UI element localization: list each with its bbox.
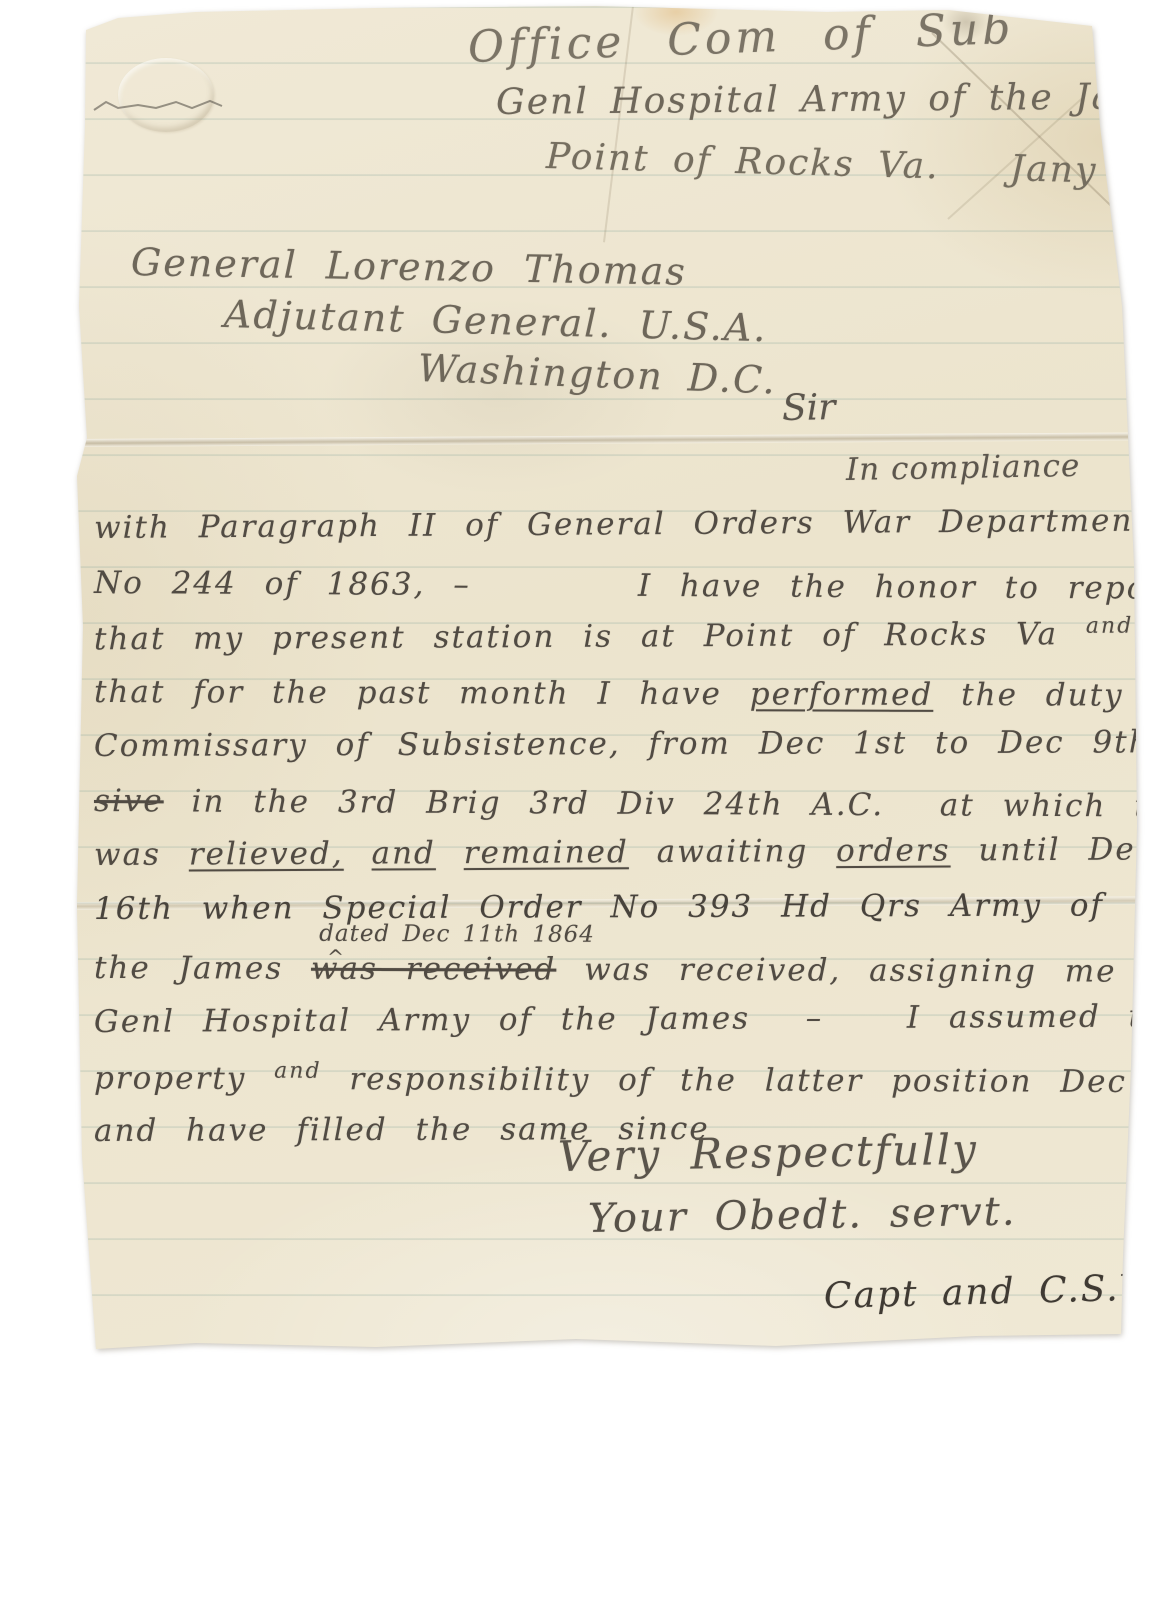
insertion-stack: ^dated Dec 11th 1864was received — [311, 951, 556, 988]
closing-line-2: Your Obedt. servt. — [588, 1189, 1017, 1242]
body-line-9-text: the James — [94, 950, 311, 987]
scanned-letter-canvas: Office Com of Sub Genl Hospital Army of … — [0, 0, 1161, 1600]
underlined-word: performed — [750, 676, 934, 713]
body-line-5: Commissary of Subsistence, from Dec 1st … — [94, 724, 1161, 764]
body-line-11-text: property — [94, 1060, 274, 1097]
body-line-3-text: that my present station is at Point of R… — [94, 616, 1086, 657]
body-line-11-text: responsibility of the latter position De… — [321, 1061, 1161, 1101]
body-line-8: 16th when Special Order No 393 Hd Qrs Ar… — [94, 887, 1104, 927]
letter-page-wrapper: Office Com of Sub Genl Hospital Army of … — [76, 6, 1138, 1350]
closing-line-1: Very Respectfully — [558, 1125, 979, 1181]
body-line-4-text: the duty of — [933, 677, 1161, 714]
salutation: Sir — [782, 387, 836, 429]
pencil-squiggle-icon — [92, 92, 226, 118]
body-line-3: that my present station is at Point of R… — [94, 614, 1133, 658]
superscript-and: and — [1086, 614, 1134, 639]
body-line-7: was relieved, and remained awaiting orde… — [94, 831, 1155, 873]
strikethrough-text: sive — [94, 783, 164, 819]
body-opening-phrase: In compliance — [846, 448, 1081, 488]
header-hospital-line: Genl Hospital Army of the James — [496, 76, 1161, 123]
underlined-word: remained — [464, 834, 629, 871]
underlined-word: and — [371, 835, 435, 871]
underlined-word: orders — [836, 833, 951, 870]
body-line-10: Genl Hospital Army of the James – I assu… — [94, 998, 1161, 1040]
inserted-date-note: dated Dec 11th 1864 — [319, 921, 595, 948]
superscript-and: and — [274, 1059, 321, 1084]
letter-page: Office Com of Sub Genl Hospital Army of … — [76, 6, 1138, 1350]
underlined-word: relieved, — [189, 836, 344, 873]
body-line-9-text: was received, assigning me to — [556, 952, 1161, 990]
body-line-6: sive in the 3rd Brig 3rd Div 24th A.C. a… — [94, 783, 1161, 825]
caret-mark: ^ — [327, 945, 346, 969]
signature-rank-line: Capt and C.S.V. — [823, 1267, 1155, 1317]
body-line-11: property and responsibility of the latte… — [94, 1058, 1161, 1101]
body-line-1: with Paragraph II of General Orders War … — [94, 503, 1148, 546]
body-line-4: that for the past month I have performed… — [94, 674, 1161, 714]
body-line-2: No 244 of 1863, – I have the honor to re… — [94, 565, 1161, 607]
strikethrough-text: was received — [311, 951, 556, 988]
body-line-4-text: that for the past month I have — [94, 674, 750, 712]
body-line-7-text: until Dec — [950, 831, 1155, 868]
body-line-6-text: in the 3rd Brig 3rd Div 24th A.C. at whi… — [164, 783, 1161, 825]
body-line-5-text: Commissary of Subsistence, from Dec 1st … — [94, 724, 1161, 764]
body-line-9: the James ^dated Dec 11th 1864was receiv… — [94, 950, 1161, 990]
body-line-7-text: was — [94, 837, 189, 873]
